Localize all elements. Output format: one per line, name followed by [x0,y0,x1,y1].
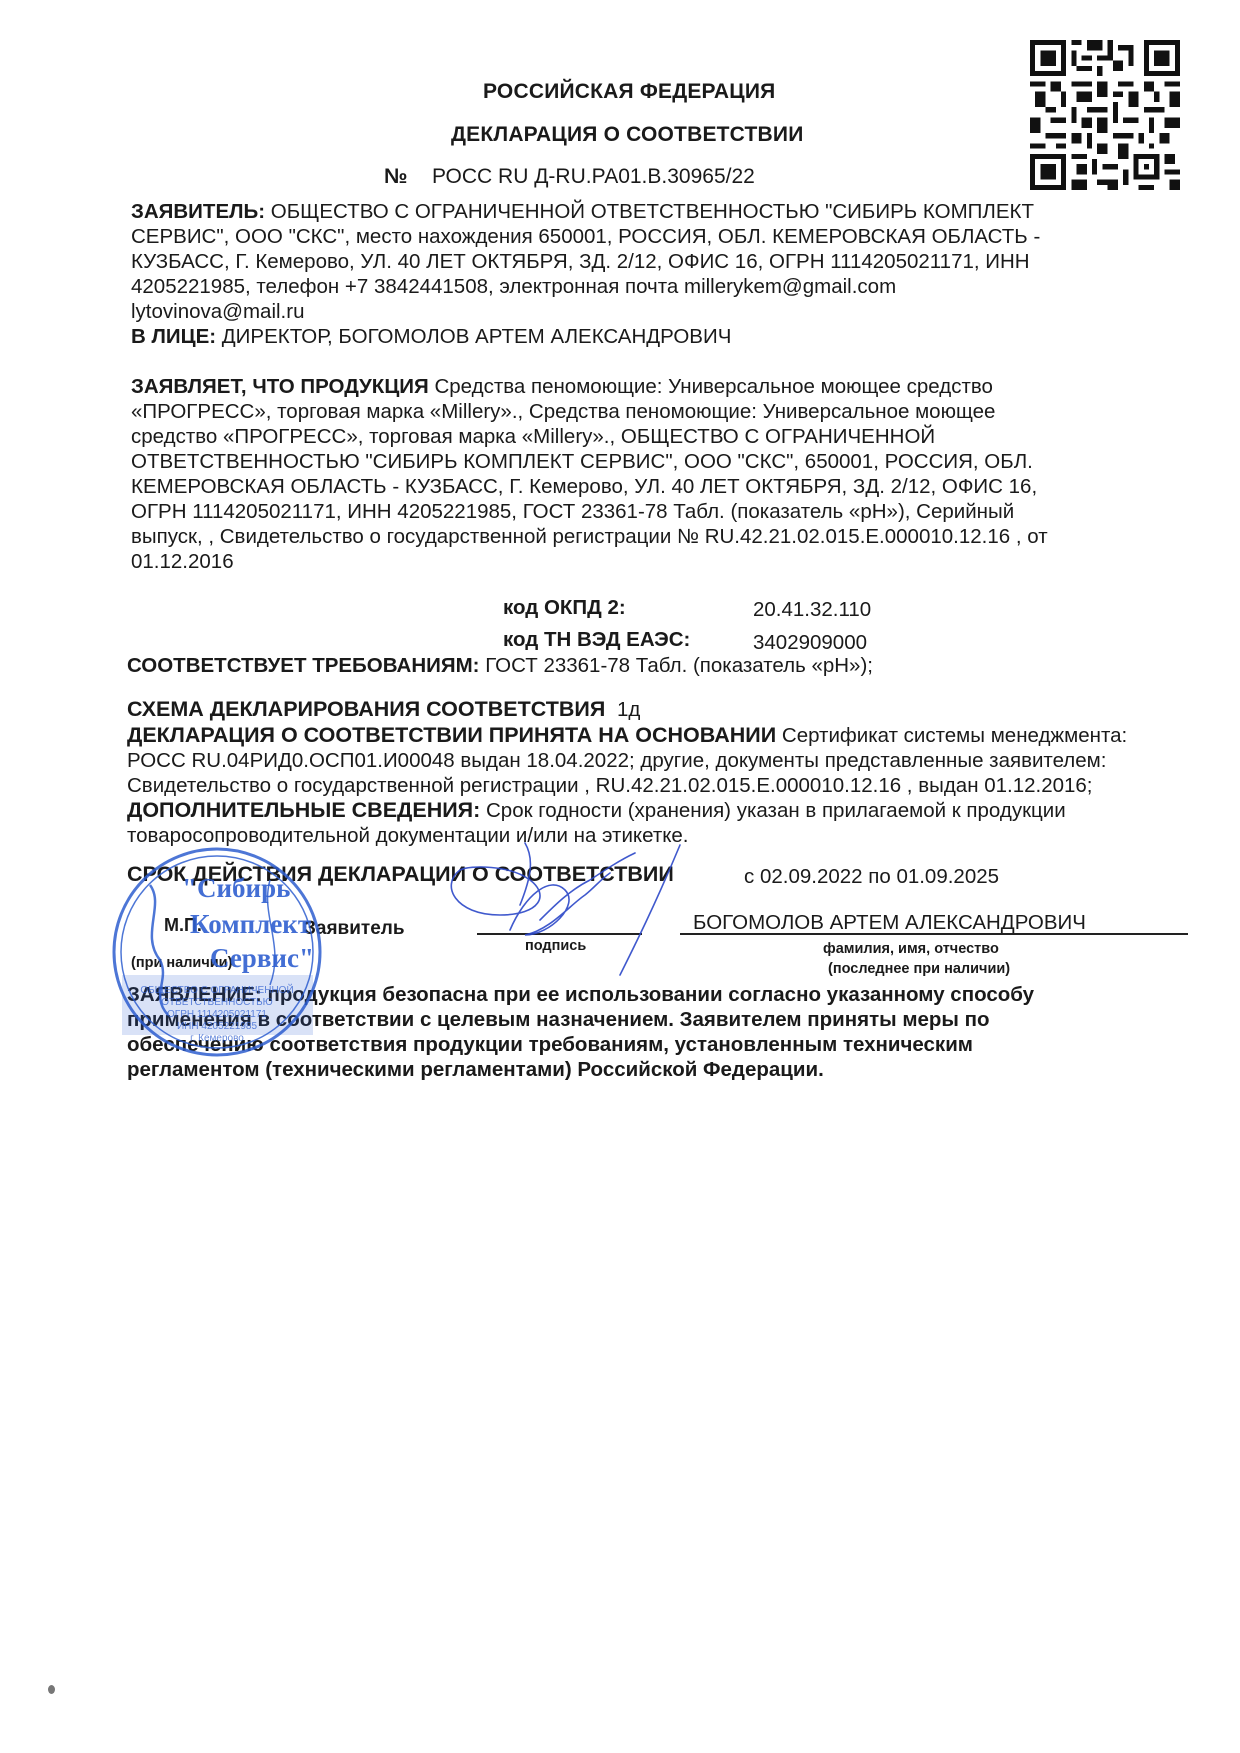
product-line: выпуск, , Свидетельство о государственно… [131,524,1191,549]
applicant-email: lytovinova@mail.ru [131,299,1191,324]
company-stamp: "Сибирь Комплект Сервис" ОБЩЕСТВО С ОГРА… [110,845,325,1060]
stamp-band-1: ОБЩЕСТВО С ОГРАНИЧЕННОЙ [140,983,293,996]
scheme-label: СХЕМА ДЕКЛАРИРОВАНИЯ СООТВЕТСТВИЯ [127,697,605,721]
signer-name: БОГОМОЛОВ АРТЕМ АЛЕКСАНДРОВИЧ [693,910,1086,935]
product-label: ЗАЯВЛЯЕТ, ЧТО ПРОДУКЦИЯ [131,375,429,398]
basis-line: РОСС RU.04РИД0.ОСП01.И00048 выдан 18.04.… [127,748,1187,773]
additional-label: ДОПОЛНИТЕЛЬНЫЕ СВЕДЕНИЯ: [127,798,480,822]
validity-value: с 02.09.2022 по 01.09.2025 [744,864,999,889]
handwritten-signature [430,835,690,995]
represented-label: В ЛИЦЕ: [131,325,216,348]
signer-name-line [680,933,1188,935]
country-heading: РОССИЙСКАЯ ФЕДЕРАЦИЯ [483,80,775,104]
basis-line: Сертификат системы менеджмента: [776,724,1127,747]
product-section: ЗАЯВЛЯЕТ, ЧТО ПРОДУКЦИЯ Средства пеномою… [131,374,1191,574]
product-line: средство «ПРОГРЕСС», торговая марка «Mil… [131,424,1191,449]
stamp-line-2: Комплект [190,909,311,939]
applicant-line: КУЗБАСС, Г. Кемерово, УЛ. 40 ЛЕТ ОКТЯБРЯ… [131,249,1191,274]
name-caption-note: (последнее при наличии) [828,961,1010,977]
product-line: Средства пеномоющие: Универсальное моюще… [429,375,993,398]
requirements-row: СООТВЕТСТВУЕТ ТРЕБОВАНИЯМ: ГОСТ 23361-78… [127,653,873,678]
okpd-value: 20.41.32.110 [753,597,871,622]
document-title: ДЕКЛАРАЦИЯ О СООТВЕТСТВИИ [451,123,804,147]
product-line: ОТВЕТСТВЕННОСТЬЮ "СИБИРЬ КОМПЛЕКТ СЕРВИС… [131,449,1191,474]
qr-code-icon [1030,40,1180,190]
scheme-row: СХЕМА ДЕКЛАРИРОВАНИЯ СООТВЕТСТВИЯ 1д [127,697,640,722]
okpd-label: код ОКПД 2: [503,595,626,620]
additional-line: Срок годности (хранения) указан в прилаг… [480,799,1065,822]
represented-value: ДИРЕКТОР, БОГОМОЛОВ АРТЕМ АЛЕКСАНДРОВИЧ [216,325,731,348]
applicant-line: 4205221985, телефон +7 3842441508, элект… [131,274,1191,299]
statement-line: регламентом (техническими регламентами) … [127,1057,1187,1082]
scheme-value: 1д [617,698,640,721]
product-line: КЕМЕРОВСКАЯ ОБЛАСТЬ - КУЗБАСС, Г. Кемеро… [131,474,1191,499]
declaration-number: РОСС RU Д-RU.РА01.В.30965/22 [432,165,755,189]
applicant-line: СЕРВИС", ООО "СКС", место нахождения 650… [131,224,1191,249]
stamp-band-4: ИНН 4205221985 [177,1021,257,1032]
stamp-line-1: "Сибирь [182,873,290,903]
product-line: «ПРОГРЕСС», торговая марка «Millery»., С… [131,399,1191,424]
declaration-page: РОССИЙСКАЯ ФЕДЕРАЦИЯ ДЕКЛАРАЦИЯ О СООТВЕ… [0,0,1240,1753]
name-caption: фамилия, имя, отчество [823,941,999,957]
tnved-value: 3402909000 [753,630,867,655]
stamp-line-3: Сервис" [210,943,314,973]
basis-label: ДЕКЛАРАЦИЯ О СООТВЕТСТВИИ ПРИНЯТА НА ОСН… [127,723,776,747]
stamp-band-5: г. Кемерово [190,1033,244,1044]
scan-speck [48,1685,55,1694]
product-line: ОГРН 1114205021171, ИНН 4205221985, ГОСТ… [131,499,1191,524]
stamp-band-3: ОГРН 1114205021171 [167,1009,267,1020]
tnved-label: код ТН ВЭД ЕАЭС: [503,627,690,652]
requirements-label: СООТВЕТСТВУЕТ ТРЕБОВАНИЯМ: [127,654,480,677]
number-sign: № [384,165,407,189]
basis-line: Свидетельство о государственной регистра… [127,773,1187,798]
applicant-section: ЗАЯВИТЕЛЬ: ОБЩЕСТВО С ОГРАНИЧЕННОЙ ОТВЕТ… [131,199,1191,349]
product-line: 01.12.2016 [131,549,1191,574]
applicant-line: ОБЩЕСТВО С ОГРАНИЧЕННОЙ ОТВЕТСТВЕННОСТЬЮ… [265,200,1034,223]
stamp-band-2: ОТВЕТСТВЕННОСТЬЮ [161,997,273,1008]
basis-section: ДЕКЛАРАЦИЯ О СООТВЕТСТВИИ ПРИНЯТА НА ОСН… [127,723,1187,848]
applicant-label: ЗАЯВИТЕЛЬ: [131,200,265,223]
requirements-value: ГОСТ 23361-78 Табл. (показатель «pH»); [480,654,873,677]
